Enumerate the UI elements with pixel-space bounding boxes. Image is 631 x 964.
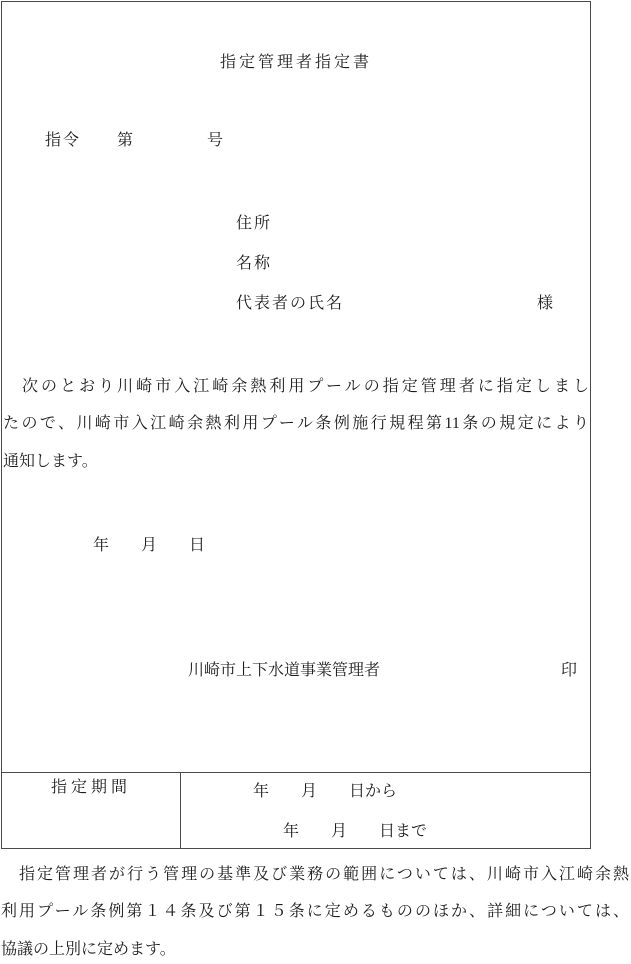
designation-period-label: 指定期間 bbox=[2, 779, 180, 796]
recipient-address-label: 住所 bbox=[236, 215, 272, 232]
designation-period-table: 指定期間 年 月 日から 年 月 日まで bbox=[2, 772, 590, 848]
period-to-line: 年 月 日まで bbox=[283, 823, 427, 840]
document-border-box: 指定管理者指定書 指令 第 号 住所 名称 代表者の氏名 様 次のとおり川崎市入… bbox=[1, 1, 591, 849]
body-paragraph-line-1: 次のとおり川崎市入江崎余熱利用プールの指定管理者に指定しまし bbox=[3, 378, 589, 395]
table-column-divider bbox=[180, 773, 181, 848]
issue-date-line: 年 月 日 bbox=[93, 537, 205, 554]
period-from-line: 年 月 日から bbox=[253, 783, 397, 800]
footer-paragraph-line-2: 利用プール条例第１４条及び第１５条に定めるもののほか、詳細については、 bbox=[1, 903, 629, 920]
issuer-seal-mark: 印 bbox=[561, 662, 577, 679]
recipient-name-label: 名称 bbox=[236, 255, 272, 272]
document-page: 指定管理者指定書 指令 第 号 住所 名称 代表者の氏名 様 次のとおり川崎市入… bbox=[0, 0, 631, 964]
body-paragraph-line-2: たので、川崎市入江崎余熱利用プール条例施行規程第11条の規定により bbox=[3, 415, 589, 432]
body-paragraph-line-3: 通知します。 bbox=[3, 453, 589, 470]
recipient-honorific: 様 bbox=[537, 295, 553, 312]
document-title: 指定管理者指定書 bbox=[2, 54, 590, 71]
directive-number-line: 指令 第 号 bbox=[45, 132, 225, 149]
recipient-representative-label: 代表者の氏名 bbox=[236, 295, 344, 312]
footer-paragraph-line-3: 協議の上別に定めます。 bbox=[1, 941, 629, 958]
footer-paragraph-line-1: 指定管理者が行う管理の基準及び業務の範囲については、川崎市入江崎余熱 bbox=[1, 866, 629, 883]
issuer-name: 川崎市上下水道事業管理者 bbox=[188, 662, 380, 679]
